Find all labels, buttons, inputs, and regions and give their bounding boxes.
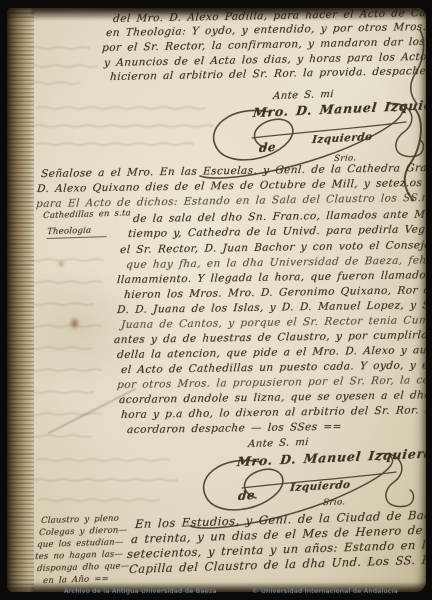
margin-note-claustro: disponga dho que— [37, 561, 130, 574]
margin-note-theologia: Theologia [47, 225, 108, 239]
ante-mi-note: Ante S. mi [248, 437, 310, 450]
manuscript-scan: del Mro. D. Alexo Padilla, para hacer el… [0, 0, 432, 600]
body-line: antes y da de huestras de Claustro, y po… [114, 328, 426, 346]
margin-note-claustro: que los estudian— [37, 537, 124, 550]
body-line: el Sr. Rector, D. Juan Bachor y con voto… [120, 238, 426, 256]
body-line: Juana de Cantos, y porque el Sr. Rector … [121, 313, 426, 331]
body-line: llamamiento. Y llegada la hora, que fuer… [117, 269, 426, 286]
signature-rubric-name: Izquierdo [311, 131, 373, 146]
body-line: que hay fha, en la dha Universidad de Ba… [126, 254, 426, 271]
body-line: tiempo y, Cathedra de la Univd. para ped… [128, 223, 426, 240]
binding-gutter-edge [7, 8, 34, 592]
margin-note-claustro: tes no hagan las— [35, 549, 124, 562]
signature-title: Srio. [323, 497, 346, 508]
body-line: acordaron despache — los SSes == [127, 421, 343, 436]
margin-note-claustro: Colegas y dieron— [39, 525, 128, 538]
margin-note-claustro: Claustro y pleno [41, 514, 119, 526]
body-line: para El Acto de dichos: Estando en la Sa… [36, 192, 426, 210]
signature-particle: de [258, 140, 276, 155]
manuscript-page: del Mro. D. Alexo Padilla, para hacer el… [7, 8, 426, 592]
body-line: de la sala del dho Sn. Fran.co, llamados… [133, 208, 426, 225]
signature-particle: de [237, 488, 255, 503]
signature-rubric-name: Izquierdo [289, 479, 351, 494]
body-line: della la atencion, que pide a el Mro. D.… [117, 343, 426, 361]
watermark-copyright-text: © Universidad Internacional de Andalucía [252, 587, 398, 595]
body-line: el Acto de Cathedillas un puesto cada. Y… [121, 359, 426, 376]
paper-blemish [57, 260, 65, 268]
body-line: hora y p.a dho, lo dixeron al arbitrio d… [121, 404, 426, 421]
body-line: acordaron dandole su lizna, que se oyese… [119, 389, 426, 406]
body-line: por otros Mros. la propusieron por el Sr… [117, 374, 426, 391]
body-line: hieron los Mros. Mro. D. Geronimo Quixan… [124, 283, 426, 301]
body-line: D. D. Juana de los Islas, y D. D. Manuel… [117, 298, 426, 316]
ante-mi-note: Ante S. mi [273, 89, 335, 102]
archive-watermark: Archivo de la Antigua Universidad de Bae… [0, 585, 432, 597]
ink-stain [69, 317, 80, 330]
watermark-archive-text: Archivo de la Antigua Universidad de Bae… [64, 587, 217, 595]
margin-note-cathedillas: Cathedillas en s.ta [43, 208, 131, 221]
